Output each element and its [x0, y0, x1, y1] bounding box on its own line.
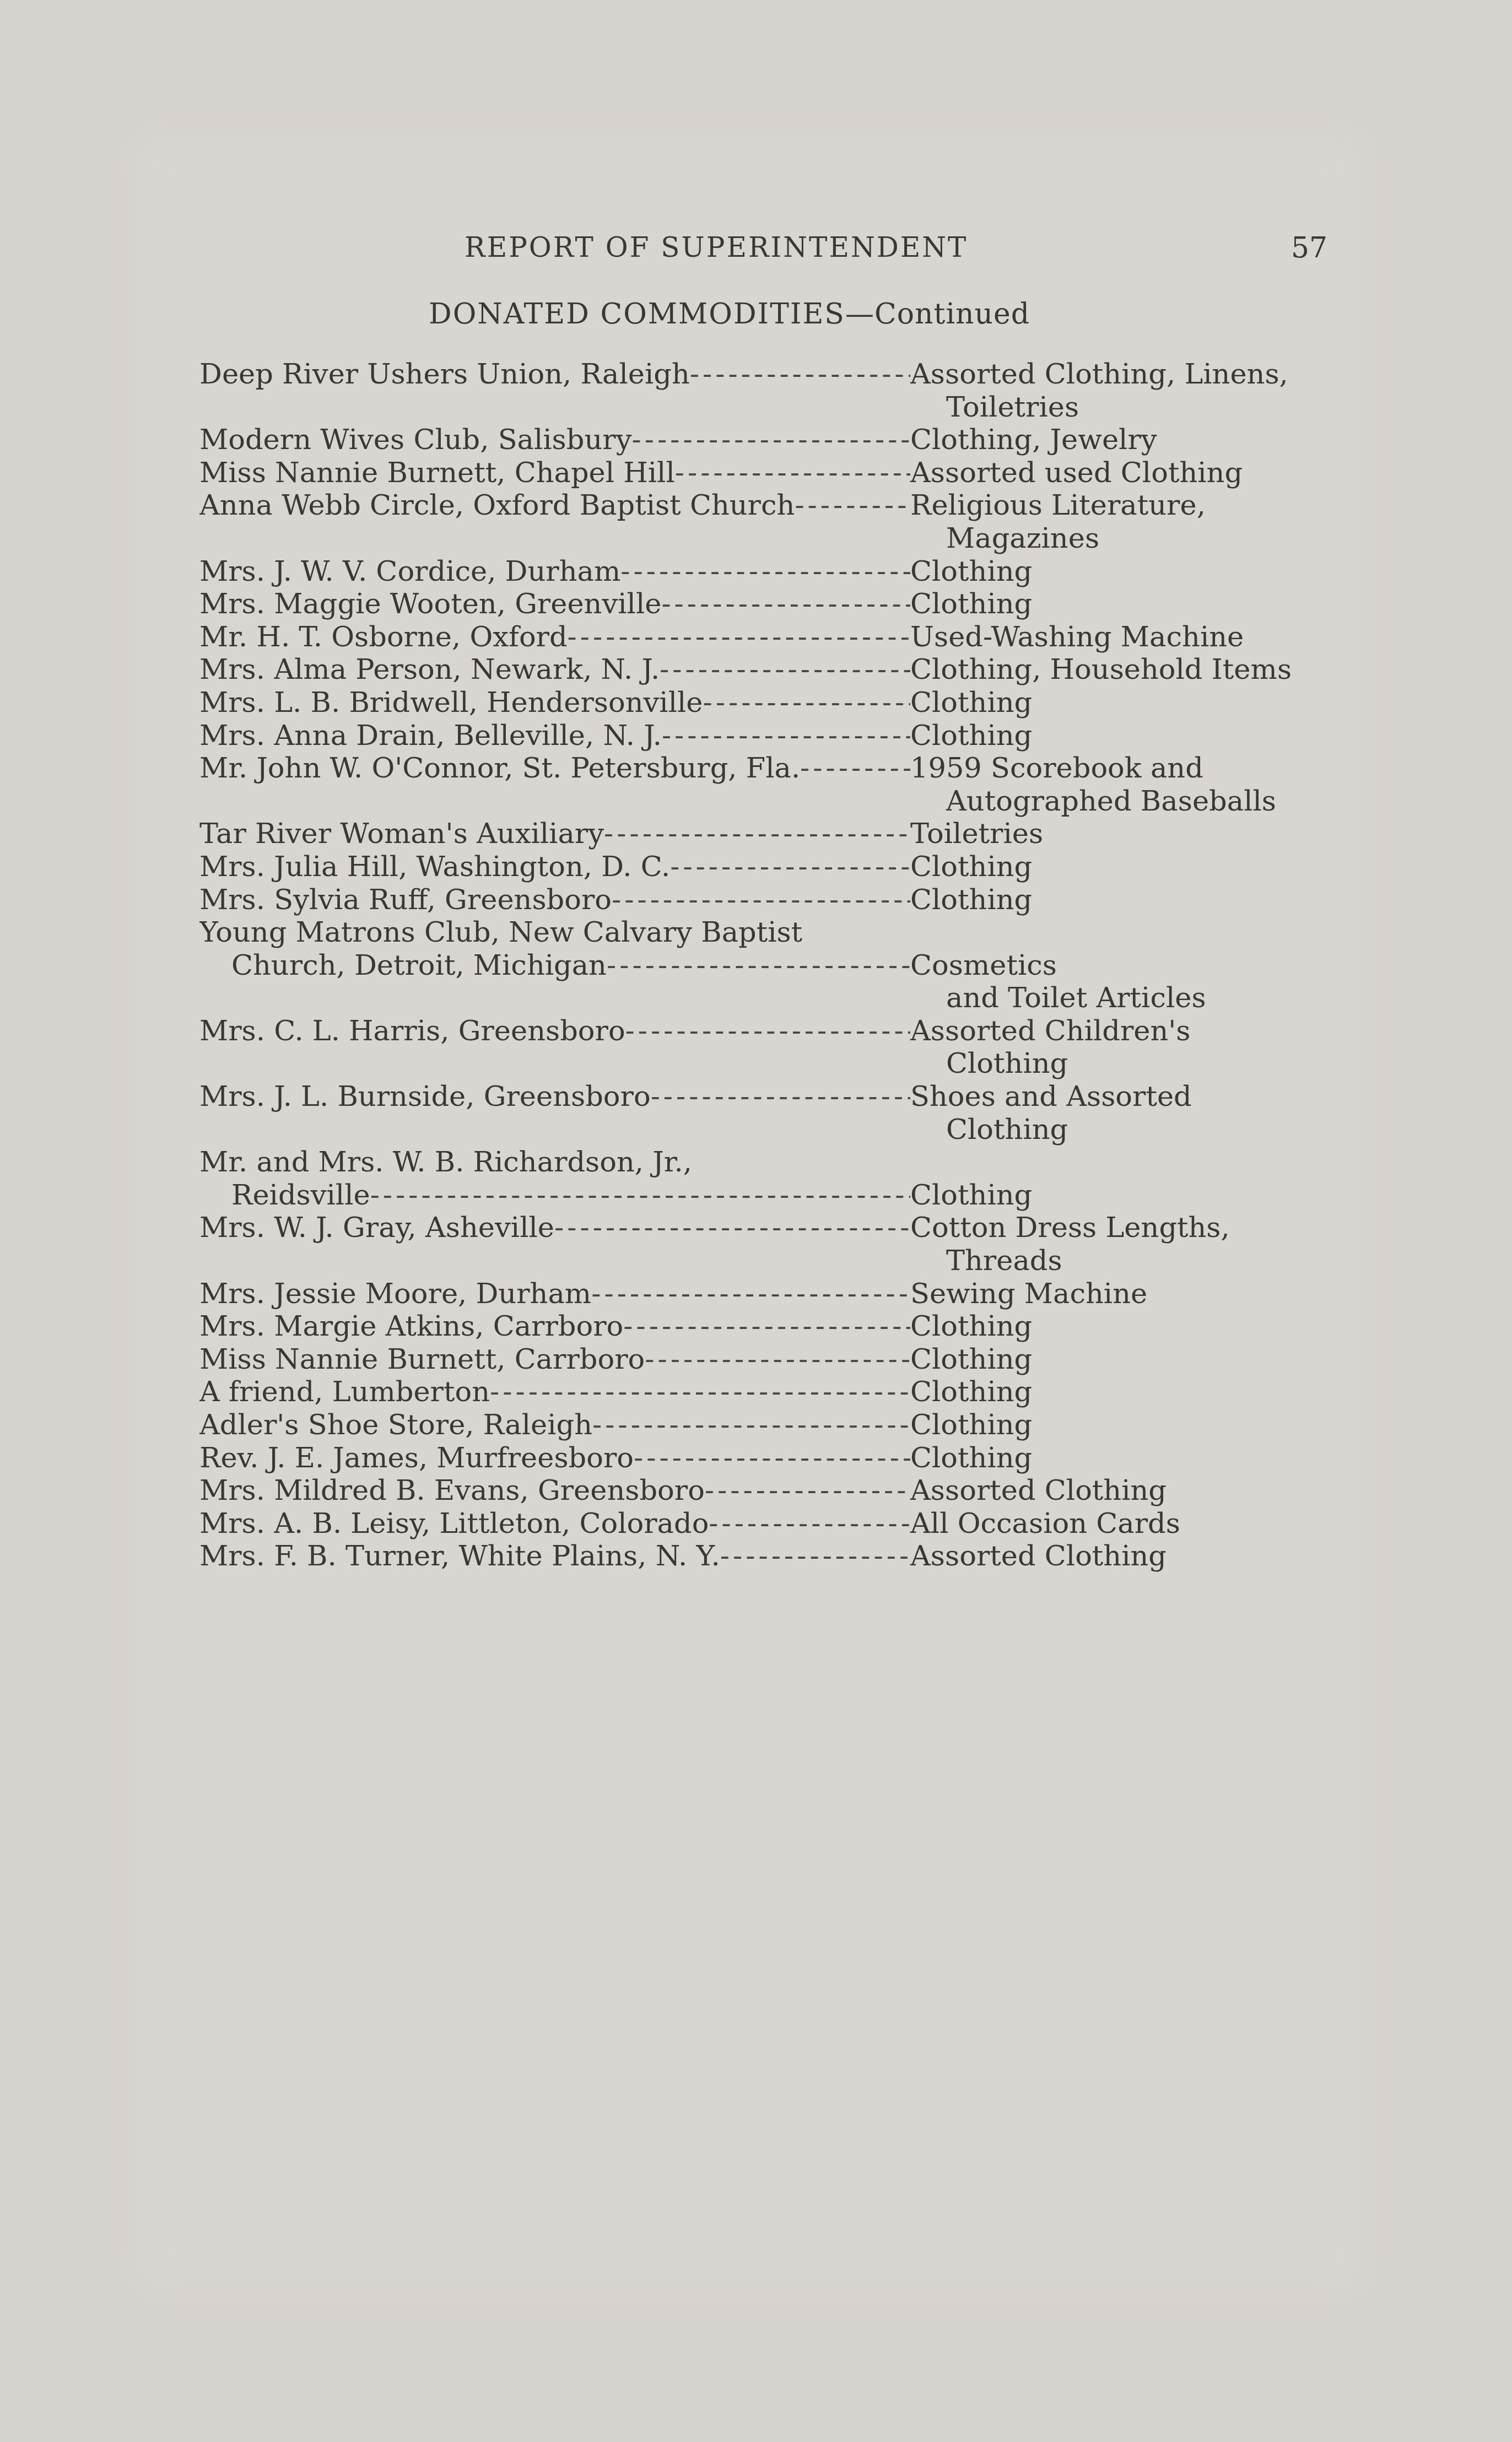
- donor-name: Mrs. F. B. Turner, White Plains, N. Y.--…: [199, 1540, 910, 1573]
- donated-item: Cosmetics: [910, 949, 1057, 982]
- donor-name: Rev. J. E. James, Murfreesboro----------…: [199, 1442, 910, 1475]
- list-item: Mrs. Margie Atkins, Carrboro------------…: [199, 1310, 1346, 1343]
- donated-item: Shoes and Assorted: [910, 1080, 1192, 1114]
- donor-text: Mrs. A. B. Leisy, Littleton, Colorado: [199, 1508, 709, 1540]
- list-item: Young Matrons Club, New Calvary Baptist: [199, 916, 1346, 949]
- list-item-continuation: Clothing: [199, 1047, 1346, 1080]
- dot-leader: ----------------------------------------…: [645, 1343, 910, 1376]
- donor-text: Mrs. C. L. Harris, Greensboro: [199, 1015, 625, 1047]
- donated-item: Assorted Children's: [910, 1015, 1191, 1048]
- donated-item: Assorted Clothing: [910, 1540, 1167, 1573]
- dot-leader: ----------------------------------------…: [651, 1080, 910, 1113]
- list-item: Mr. H. T. Osborne, Oxford---------------…: [199, 621, 1346, 654]
- donation-list: Deep River Ushers Union, Raleigh--------…: [199, 358, 1346, 1573]
- donor-name: Miss Nannie Burnett, Carrboro-----------…: [199, 1343, 910, 1376]
- donor-name: Deep River Ushers Union, Raleigh--------…: [199, 358, 910, 391]
- dot-leader: ----------------------------------------…: [660, 653, 910, 686]
- donor-text: Mrs. Alma Person, Newark, N. J.: [199, 653, 660, 686]
- dot-leader: ----------------------------------------…: [623, 1310, 910, 1343]
- donor-name: Mrs. Jessie Moore, Durham---------------…: [199, 1278, 910, 1311]
- donor-text: Mrs. J. L. Burnside, Greensboro: [199, 1080, 651, 1113]
- section-title: DONATED COMMODITIES—Continued: [429, 298, 1030, 331]
- list-item-continuation: Magazines: [199, 522, 1346, 555]
- donor-text: Mrs. Mildred B. Evans, Greensboro: [199, 1474, 705, 1507]
- list-item-continuation: and Toilet Articles: [199, 982, 1346, 1015]
- donor-name: Adler's Shoe Store, Raleigh-------------…: [199, 1409, 910, 1442]
- dot-leader: ----------------------------------------…: [720, 1540, 910, 1573]
- donor-name: Mrs. J. W. V. Cordice, Durham-----------…: [199, 555, 910, 588]
- donated-item: Clothing: [910, 1179, 1032, 1212]
- donated-item: Clothing: [946, 1114, 1068, 1147]
- dot-leader: ----------------------------------------…: [661, 588, 910, 620]
- donor-name: Mrs. C. L. Harris, Greensboro-----------…: [199, 1015, 910, 1048]
- donated-item: and Toilet Articles: [946, 982, 1206, 1015]
- dot-leader: ----------------------------------------…: [554, 1212, 910, 1244]
- list-item: Mrs. Anna Drain, Belleville, N. J.------…: [199, 720, 1346, 753]
- dot-leader: ----------------------------------------…: [705, 1474, 910, 1507]
- donated-item: Clothing: [910, 1376, 1032, 1409]
- dot-leader: ----------------------------------------…: [625, 1015, 910, 1047]
- dot-leader: ----------------------------------------…: [607, 949, 910, 982]
- dot-leader: ----------------------------------------…: [631, 424, 910, 456]
- list-item: Mr. John W. O'Connor, St. Petersburg, Fl…: [199, 752, 1346, 785]
- list-item: Rev. J. E. James, Murfreesboro----------…: [199, 1442, 1346, 1475]
- list-item-continuation: Church, Detroit, Michigan---------------…: [199, 949, 1346, 982]
- donated-item: Threads: [946, 1245, 1062, 1278]
- dot-leader: ----------------------------------------…: [568, 621, 910, 653]
- dot-leader: ----------------------------------------…: [591, 1278, 910, 1310]
- donor-text: A friend, Lumberton: [199, 1376, 490, 1408]
- donor-text: Mrs. Jessie Moore, Durham: [199, 1278, 591, 1310]
- list-item: A friend, Lumberton---------------------…: [199, 1376, 1346, 1409]
- donor-name: Mrs. A. B. Leisy, Littleton, Colorado---…: [199, 1508, 910, 1541]
- list-item: Adler's Shoe Store, Raleigh-------------…: [199, 1409, 1346, 1442]
- list-item: Mrs. J. W. V. Cordice, Durham-----------…: [199, 555, 1346, 588]
- list-item: Mrs. W. J. Gray, Asheville--------------…: [199, 1212, 1346, 1245]
- list-item: Mrs. J. L. Burnside, Greensboro---------…: [199, 1080, 1346, 1114]
- dot-leader: ----------------------------------------…: [662, 720, 910, 752]
- donor-text: Mrs. Anna Drain, Belleville, N. J.: [199, 720, 662, 752]
- donor-name: Mrs. Alma Person, Newark, N. J.---------…: [199, 653, 910, 687]
- donor-name: Mrs. L. B. Bridwell, Hendersonville-----…: [199, 687, 910, 720]
- donated-item: Assorted Clothing: [910, 1474, 1167, 1508]
- donor-text: Mrs. Maggie Wooten, Greenville: [199, 588, 661, 620]
- donor-text: Mrs. W. J. Gray, Asheville: [199, 1212, 554, 1244]
- dot-leader: ----------------------------------------…: [675, 457, 910, 489]
- donor-text: Mrs. Margie Atkins, Carrboro: [199, 1310, 623, 1343]
- donor-name: Mr. John W. O'Connor, St. Petersburg, Fl…: [199, 752, 910, 785]
- donor-name: Mrs. J. L. Burnside, Greensboro---------…: [199, 1080, 910, 1114]
- donated-item: Clothing: [910, 588, 1032, 621]
- donated-item: 1959 Scorebook and: [910, 752, 1203, 785]
- donated-item: Toiletries: [946, 391, 1079, 424]
- donor-text: Anna Webb Circle, Oxford Baptist Church: [199, 489, 795, 522]
- donor-text: Mrs. Julia Hill, Washington, D. C.: [199, 851, 670, 883]
- list-item: Modern Wives Club, Salisbury------------…: [199, 424, 1346, 457]
- donor-name: Mrs. Mildred B. Evans, Greensboro-------…: [199, 1474, 910, 1508]
- list-item: Mrs. C. L. Harris, Greensboro-----------…: [199, 1015, 1346, 1048]
- list-item-continuation: Autographed Baseballs: [199, 785, 1346, 818]
- donated-item: Used-Washing Machine: [910, 621, 1244, 654]
- section-title-suffix: —Continued: [845, 298, 1030, 331]
- donor-text: Mrs. J. W. V. Cordice, Durham: [199, 555, 620, 588]
- donated-item: Religious Literature,: [910, 489, 1206, 522]
- donated-item: Assorted Clothing, Linens,: [910, 358, 1288, 391]
- running-head: REPORT OF SUPERINTENDENT 57: [0, 231, 1512, 270]
- donor-name: Young Matrons Club, New Calvary Baptist: [199, 916, 910, 949]
- donated-item: Clothing: [910, 1442, 1032, 1475]
- dot-leader: ----------------------------------------…: [604, 818, 910, 850]
- donated-item: Clothing: [910, 555, 1032, 588]
- list-item-continuation: Reidsville------------------------------…: [199, 1179, 1346, 1212]
- donor-text: Deep River Ushers Union, Raleigh: [199, 358, 690, 391]
- list-item: Mrs. Maggie Wooten, Greenville----------…: [199, 588, 1346, 621]
- donated-item: Clothing: [946, 1047, 1068, 1080]
- donated-item: Magazines: [946, 522, 1099, 555]
- donor-name: Tar River Woman's Auxiliary-------------…: [199, 818, 910, 851]
- list-item: Mrs. Mildred B. Evans, Greensboro-------…: [199, 1474, 1346, 1508]
- dot-leader: ----------------------------------------…: [800, 752, 910, 785]
- donor-name: Mrs. Julia Hill, Washington, D. C.------…: [199, 851, 910, 884]
- donated-item: Clothing: [910, 884, 1032, 917]
- list-item: Anna Webb Circle, Oxford Baptist Church-…: [199, 489, 1346, 522]
- donated-item: Clothing: [910, 1343, 1032, 1376]
- donor-text: Church, Detroit, Michigan: [231, 949, 607, 982]
- list-item-continuation: Clothing: [199, 1114, 1346, 1147]
- donor-text: Reidsville: [231, 1179, 370, 1212]
- donor-text: Miss Nannie Burnett, Carrboro: [199, 1343, 645, 1376]
- list-item: Deep River Ushers Union, Raleigh--------…: [199, 358, 1346, 391]
- dot-leader: ----------------------------------------…: [709, 1508, 910, 1540]
- donated-item: Clothing: [910, 1310, 1032, 1343]
- donor-text: Mr. H. T. Osborne, Oxford: [199, 621, 568, 653]
- list-item: Mrs. Sylvia Ruff, Greensboro------------…: [199, 884, 1346, 917]
- donor-name: Reidsville------------------------------…: [231, 1179, 910, 1212]
- list-item: Mrs. Julia Hill, Washington, D. C.------…: [199, 851, 1346, 884]
- donated-item: Cotton Dress Lengths,: [910, 1212, 1230, 1245]
- donated-item: Clothing: [910, 720, 1032, 753]
- dot-leader: ----------------------------------------…: [703, 687, 910, 719]
- running-head-title: REPORT OF SUPERINTENDENT: [465, 231, 968, 263]
- donated-item: Clothing: [910, 851, 1032, 884]
- dot-leader: ----------------------------------------…: [490, 1376, 910, 1408]
- donor-text: Mrs. Sylvia Ruff, Greensboro: [199, 884, 612, 916]
- donor-name: Modern Wives Club, Salisbury------------…: [199, 424, 910, 457]
- dot-leader: ----------------------------------------…: [612, 884, 910, 916]
- list-item-continuation: Toiletries: [199, 391, 1346, 424]
- donor-name: A friend, Lumberton---------------------…: [199, 1376, 910, 1409]
- donated-item: All Occasion Cards: [910, 1508, 1180, 1541]
- dot-leader: ----------------------------------------…: [620, 555, 910, 588]
- list-item: Tar River Woman's Auxiliary-------------…: [199, 818, 1346, 851]
- list-item: Mrs. A. B. Leisy, Littleton, Colorado---…: [199, 1508, 1346, 1541]
- donor-name: Mrs. Anna Drain, Belleville, N. J.------…: [199, 720, 910, 753]
- list-item-continuation: Threads: [199, 1245, 1346, 1278]
- donor-text: Adler's Shoe Store, Raleigh: [199, 1409, 592, 1441]
- donated-item: Clothing, Household Items: [910, 653, 1292, 687]
- donor-name: Anna Webb Circle, Oxford Baptist Church-…: [199, 489, 910, 522]
- donated-item: Clothing: [910, 1409, 1032, 1442]
- donor-name: Church, Detroit, Michigan---------------…: [231, 949, 910, 982]
- donor-name: Mr. H. T. Osborne, Oxford---------------…: [199, 621, 910, 654]
- donated-item: Sewing Machine: [910, 1278, 1147, 1311]
- donor-text: Rev. J. E. James, Murfreesboro: [199, 1442, 634, 1474]
- list-item: Mr. and Mrs. W. B. Richardson, Jr.,: [199, 1146, 1346, 1179]
- dot-leader: ----------------------------------------…: [370, 1179, 910, 1212]
- list-item: Mrs. Jessie Moore, Durham---------------…: [199, 1278, 1346, 1311]
- donor-text: Mr. and Mrs. W. B. Richardson, Jr.,: [199, 1146, 692, 1179]
- donor-name: Miss Nannie Burnett, Chapel Hill--------…: [199, 457, 910, 490]
- donor-name: Mrs. Maggie Wooten, Greenville----------…: [199, 588, 910, 621]
- donated-item: Clothing, Jewelry: [910, 424, 1157, 457]
- donor-name: Mrs. Sylvia Ruff, Greensboro------------…: [199, 884, 910, 917]
- donor-text: Young Matrons Club, New Calvary Baptist: [199, 916, 802, 949]
- dot-leader: ----------------------------------------…: [690, 358, 910, 391]
- donor-text: Modern Wives Club, Salisbury: [199, 424, 631, 456]
- donor-name: Mr. and Mrs. W. B. Richardson, Jr.,: [199, 1146, 910, 1179]
- dot-leader: ----------------------------------------…: [592, 1409, 910, 1441]
- donor-name: Mrs. W. J. Gray, Asheville--------------…: [199, 1212, 910, 1245]
- donated-item: Clothing: [910, 687, 1032, 720]
- donor-text: Mr. John W. O'Connor, St. Petersburg, Fl…: [199, 752, 800, 785]
- donated-item: Assorted used Clothing: [910, 457, 1243, 490]
- list-item: Mrs. F. B. Turner, White Plains, N. Y.--…: [199, 1540, 1346, 1573]
- donor-text: Miss Nannie Burnett, Chapel Hill: [199, 457, 675, 489]
- list-item: Mrs. L. B. Bridwell, Hendersonville-----…: [199, 687, 1346, 720]
- dot-leader: ----------------------------------------…: [795, 489, 910, 522]
- list-item: Miss Nannie Burnett, Carrboro-----------…: [199, 1343, 1346, 1376]
- donated-item: Autographed Baseballs: [946, 785, 1276, 818]
- list-item: Mrs. Alma Person, Newark, N. J.---------…: [199, 653, 1346, 687]
- donor-name: Mrs. Margie Atkins, Carrboro------------…: [199, 1310, 910, 1343]
- list-item: Miss Nannie Burnett, Chapel Hill--------…: [199, 457, 1346, 490]
- section-title-main: DONATED COMMODITIES: [429, 298, 845, 331]
- donor-text: Tar River Woman's Auxiliary: [199, 818, 604, 850]
- donated-item: Toiletries: [910, 818, 1043, 851]
- page-number: 57: [1291, 231, 1327, 264]
- donor-text: Mrs. F. B. Turner, White Plains, N. Y.: [199, 1540, 720, 1573]
- donor-text: Mrs. L. B. Bridwell, Hendersonville: [199, 687, 703, 719]
- dot-leader: ----------------------------------------…: [634, 1442, 910, 1474]
- dot-leader: ----------------------------------------…: [670, 851, 910, 883]
